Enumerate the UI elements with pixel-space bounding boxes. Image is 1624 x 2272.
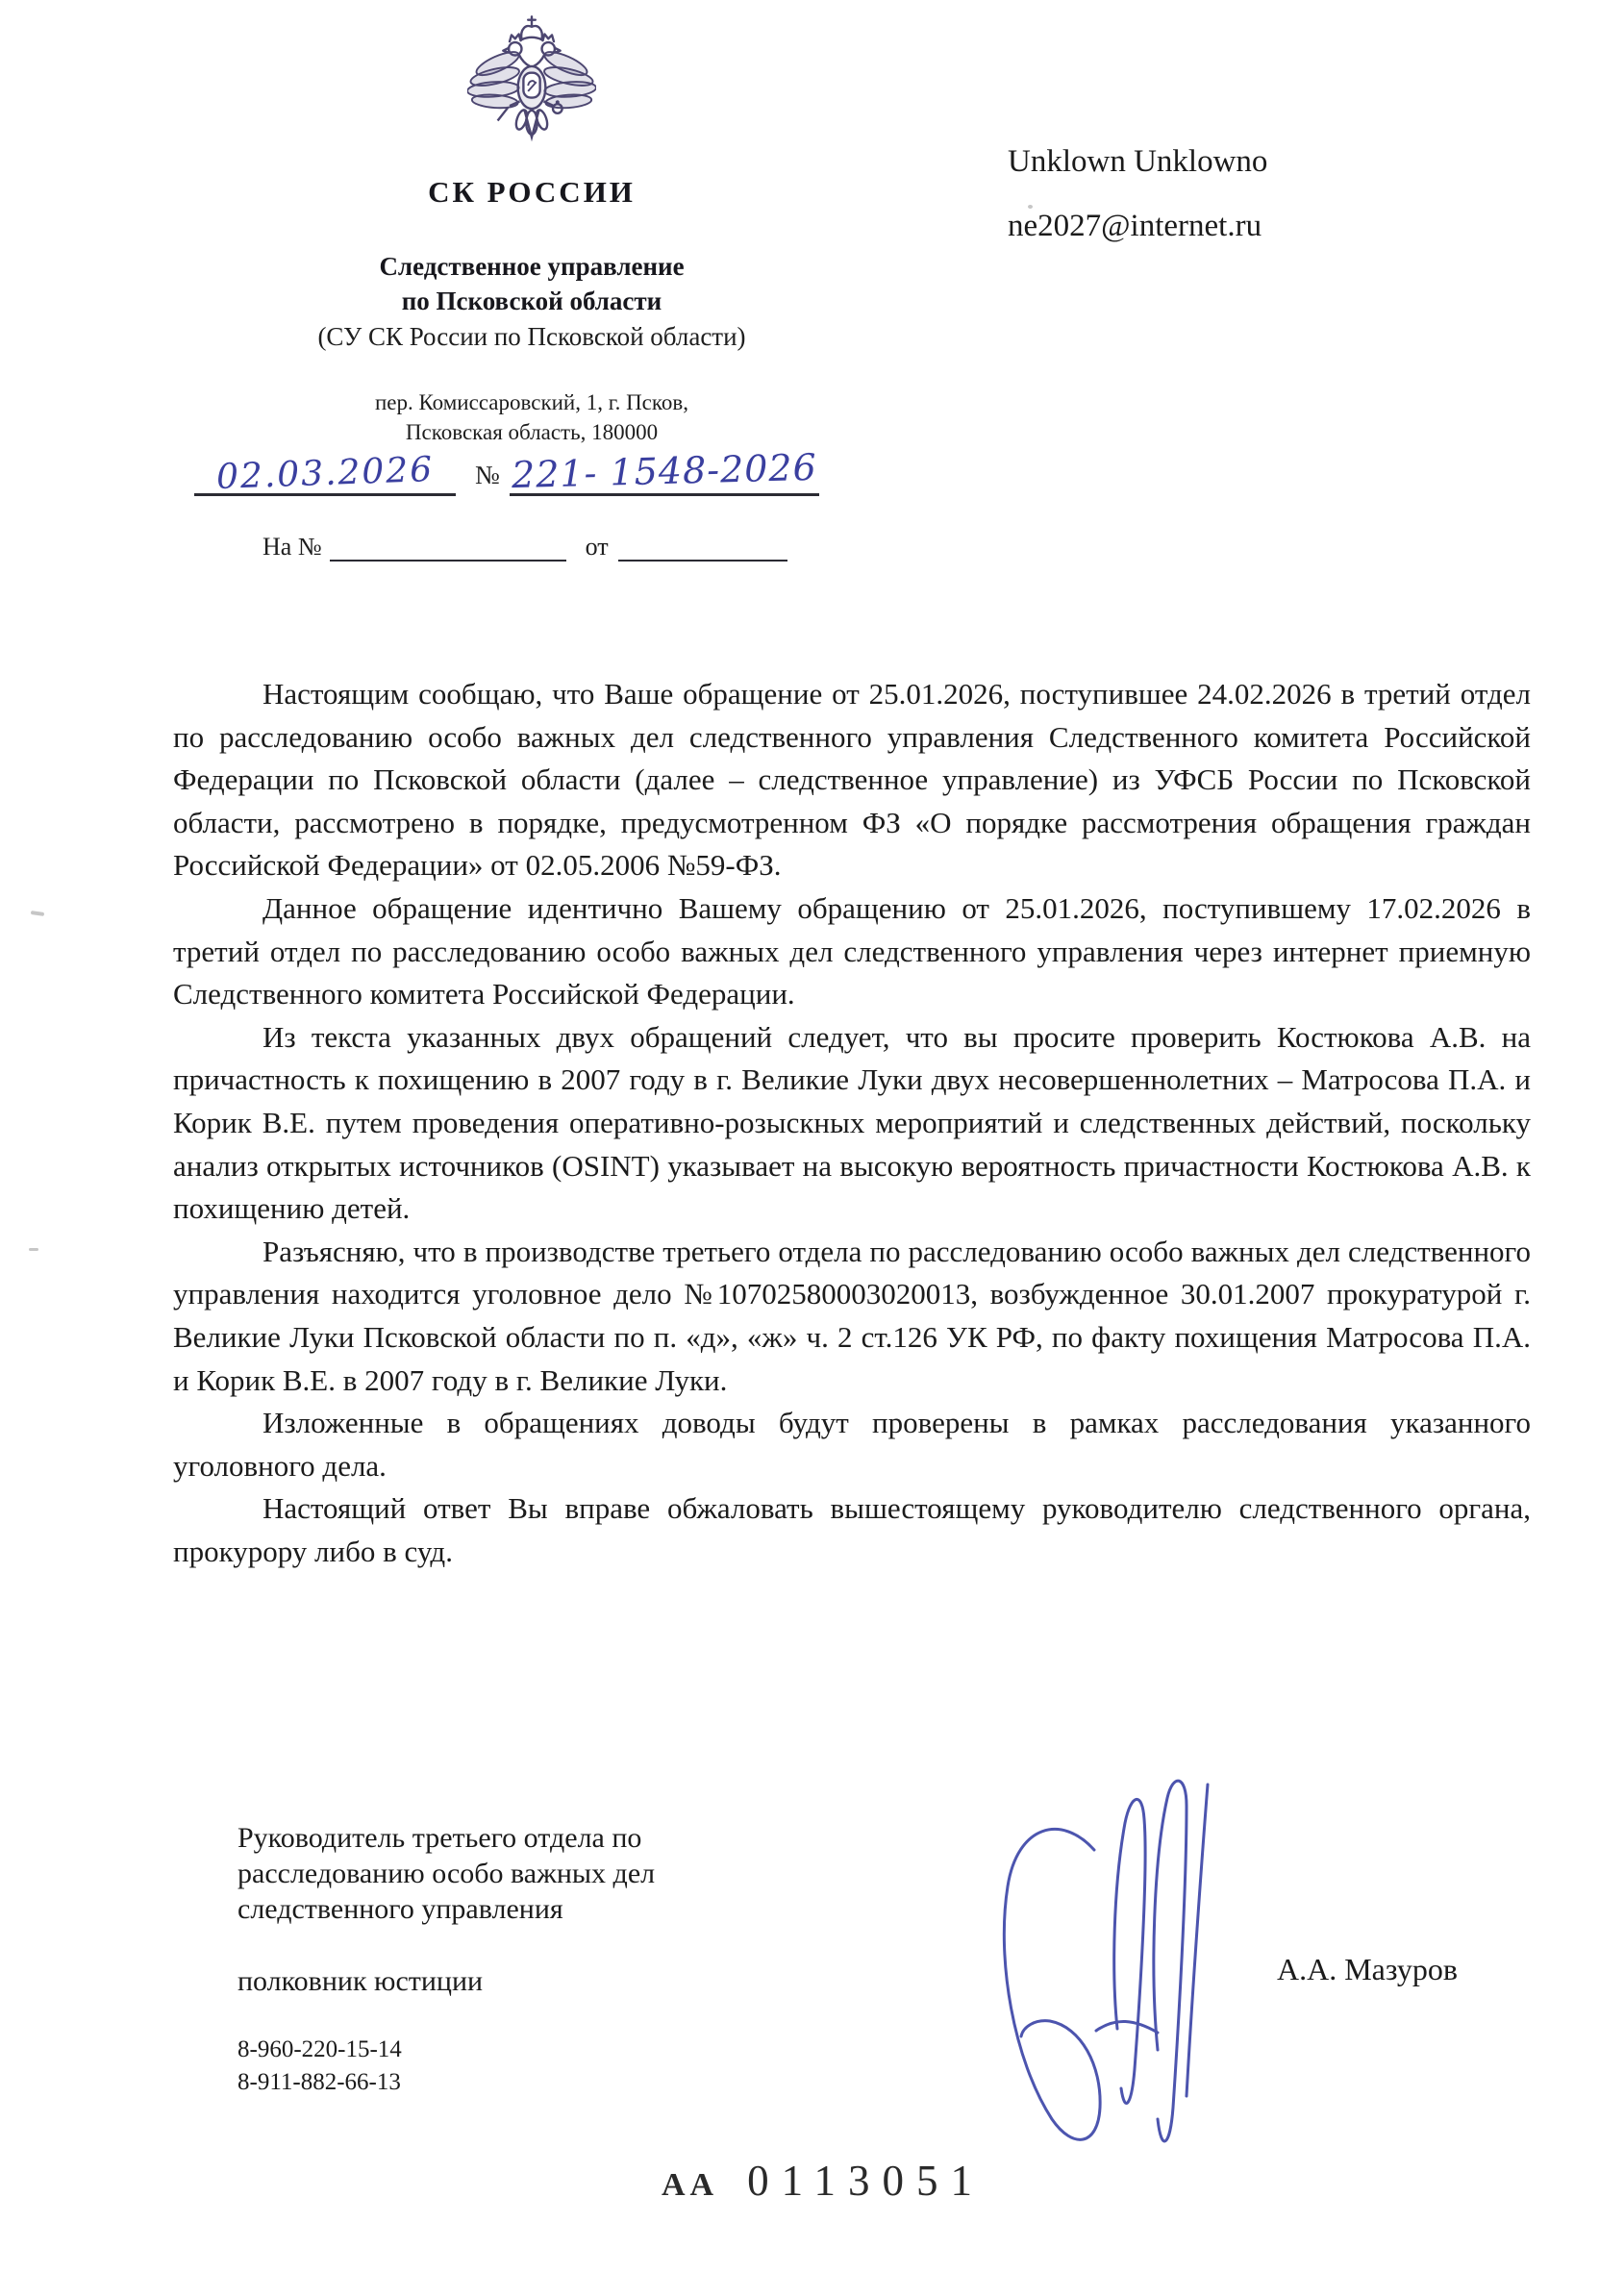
outgoing-date-field: 02.03.2026 xyxy=(194,453,456,496)
paragraph-4: Разъясняю, что в производстве третьего о… xyxy=(173,1231,1531,1402)
letter-body: Настоящим сообщаю, что Ваше обращение от… xyxy=(173,673,1531,1573)
paragraph-5: Изложенные в обращениях доводы будут про… xyxy=(173,1402,1531,1487)
outgoing-number-field: 221- 1548-2026 xyxy=(510,450,819,496)
scanned-letter-page: СК РОССИИ Следственное управление по Пск… xyxy=(0,0,1624,2272)
letterhead: СК РОССИИ Следственное управление по Пск… xyxy=(173,12,890,445)
signer-position-line3: следственного управления xyxy=(237,1891,655,1927)
phone-number-1: 8-960-220-15-14 xyxy=(237,2034,655,2066)
paragraph-2: Данное обращение идентично Вашему обраще… xyxy=(173,887,1531,1016)
org-address-line2: Псковская область, 180000 xyxy=(173,420,890,445)
handwritten-number: 221- 1548-2026 xyxy=(511,446,817,496)
handwritten-date: 02.03.2026 xyxy=(215,450,434,497)
contact-phones: 8-960-220-15-14 8-911-882-66-13 xyxy=(237,2034,655,2099)
serial-series: АА xyxy=(662,2167,718,2204)
signature-block: Руководитель третьего отдела по расследо… xyxy=(237,1820,655,2099)
incoming-number-label: На № xyxy=(262,533,322,562)
signer-name: А.А. Мазуров xyxy=(1277,1952,1458,1987)
incoming-date-blank xyxy=(618,527,787,562)
scan-artifact xyxy=(1028,205,1033,209)
agency-name: СК РОССИИ xyxy=(173,175,890,210)
paragraph-6: Настоящий ответ Вы вправе обжаловать выш… xyxy=(173,1487,1531,1573)
form-serial: АА 0113051 xyxy=(662,2156,985,2206)
signature-scribble xyxy=(981,1742,1250,2165)
from-label: от xyxy=(586,533,609,562)
org-name-line1: Следственное управление xyxy=(173,252,890,282)
coat-of-arms-emblem xyxy=(467,12,596,163)
org-name-abbrev: (СУ СК России по Псковской области) xyxy=(173,322,890,352)
recipient-email: ne2027@internet.ru xyxy=(1008,209,1267,244)
org-name-line2: по Псковской области xyxy=(173,287,890,316)
serial-number: 0113051 xyxy=(747,2156,985,2206)
incoming-number-blank xyxy=(330,527,566,562)
signer-rank: полковник юстиции xyxy=(237,1963,655,1999)
incoming-reference-row: На № от xyxy=(262,527,787,562)
signer-position-line2: расследованию особо важных дел xyxy=(237,1856,655,1891)
scan-artifact xyxy=(29,1248,38,1251)
recipient-name: Unklown Unklowno xyxy=(1008,144,1267,180)
outgoing-reference-row: 02.03.2026 № 221- 1548-2026 xyxy=(194,450,819,496)
number-sign-label: № xyxy=(475,461,500,490)
paragraph-1: Настоящим сообщаю, что Ваше обращение от… xyxy=(173,673,1531,887)
scan-artifact xyxy=(31,911,44,916)
signer-position-line1: Руководитель третьего отдела по xyxy=(237,1820,655,1856)
paragraph-3: Из текста указанных двух обращений следу… xyxy=(173,1016,1531,1231)
org-address-line1: пер. Комиссаровский, 1, г. Псков, xyxy=(173,390,890,415)
recipient-block: Unklown Unklowno ne2027@internet.ru xyxy=(1008,144,1267,244)
phone-number-2: 8-911-882-66-13 xyxy=(237,2066,655,2099)
